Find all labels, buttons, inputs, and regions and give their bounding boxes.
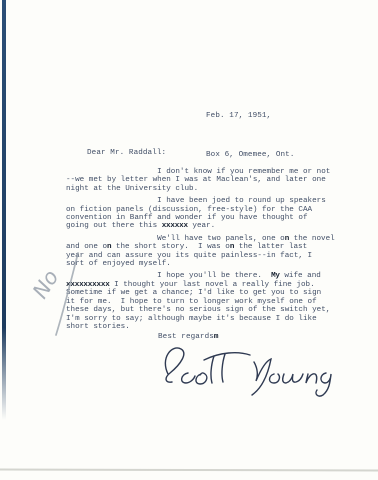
- typed-line: on fiction panels (discussion, free-styl…: [66, 206, 366, 214]
- margin-annotation: No: [18, 246, 98, 341]
- typed-text: it for me. I hope to turn to longer work…: [66, 298, 317, 306]
- signature-scott-young: [150, 338, 340, 398]
- typed-text: I don't know if you remember me or not: [66, 168, 330, 176]
- typed-line: I hope you'll be there. My wife and: [66, 272, 366, 280]
- typed-text: going out there this: [66, 222, 162, 230]
- address-line: Box 6, Omemee, Ont.: [206, 144, 294, 166]
- typed-text: the short story. I was o: [111, 243, 229, 251]
- scan-left-edge: [2, 0, 6, 420]
- scan-bottom-edge: [0, 469, 378, 471]
- typed-line: I have been joed to round up speakers: [66, 197, 366, 205]
- typed-text: the novel: [289, 235, 335, 243]
- typed-line: going out there this xxxxxx year.: [66, 222, 366, 230]
- overstrike-text: My: [271, 272, 280, 280]
- typed-text: I'm sorry to say; although maybe it's be…: [66, 315, 317, 323]
- typed-line: year and can assure you its quite painle…: [66, 252, 366, 260]
- letter-body: I don't know if you remember me or not--…: [66, 168, 366, 335]
- typed-text: year.: [188, 222, 215, 230]
- typed-line: We'll have two panels, one on the novel: [66, 235, 366, 243]
- typed-line: --we met by letter when I was at Maclean…: [66, 176, 366, 184]
- typed-text: year and can assure you its quite painle…: [66, 252, 312, 260]
- typed-text: I have been joed to round up speakers: [66, 197, 326, 205]
- paragraph: I don't know if you remember me or not--…: [66, 168, 366, 193]
- typed-text: convention in Banff and wonder if you ha…: [66, 214, 308, 222]
- typed-text: night at the University club.: [66, 185, 198, 193]
- date-line: Feb. 17, 1951,: [206, 105, 294, 127]
- typed-line: I'm sorry to say; although maybe it's be…: [66, 315, 366, 323]
- overstrike-text: xxxxxx: [162, 222, 188, 230]
- typed-line: convention in Banff and wonder if you ha…: [66, 214, 366, 222]
- typed-line: sort of enjoyed myself.: [66, 260, 366, 268]
- scanned-letter-page: Feb. 17, 1951, Box 6, Omemee, Ont. Dear …: [0, 0, 378, 480]
- typed-line: xxxxxxxxxx I thought your last novel a r…: [66, 281, 366, 289]
- paragraph: I have been joed to round up speakerson …: [66, 197, 366, 231]
- typed-text: on fiction panels (discussion, free-styl…: [66, 206, 312, 214]
- typed-line: Sometime if we get a chance; I'd like to…: [66, 289, 366, 297]
- typed-text: We'll have two panels, one o: [66, 235, 285, 243]
- paragraph: We'll have two panels, one on the novela…: [66, 235, 366, 269]
- salutation: Dear Mr. Raddall:: [87, 149, 166, 157]
- typed-line: and one on the short story. I was on the…: [66, 243, 366, 251]
- typed-text: wife and: [280, 272, 321, 280]
- typed-line: night at the University club.: [66, 185, 366, 193]
- typed-line: short stories.: [66, 323, 366, 331]
- typed-line: these days, but there's no serious sign …: [66, 306, 366, 314]
- paragraph: I hope you'll be there. My wife andxxxxx…: [66, 272, 366, 331]
- typed-text: the latter last: [234, 243, 307, 251]
- typed-line: it for me. I hope to turn to longer work…: [66, 298, 366, 306]
- typed-text: I thought your last novel a really fine …: [110, 281, 315, 289]
- typed-text: --we met by letter when I was at Maclean…: [66, 176, 326, 184]
- typed-text: Sometime if we get a chance; I'd like to…: [66, 289, 321, 297]
- typed-text: these days, but there's no serious sign …: [66, 306, 330, 314]
- typed-line: I don't know if you remember me or not: [66, 168, 366, 176]
